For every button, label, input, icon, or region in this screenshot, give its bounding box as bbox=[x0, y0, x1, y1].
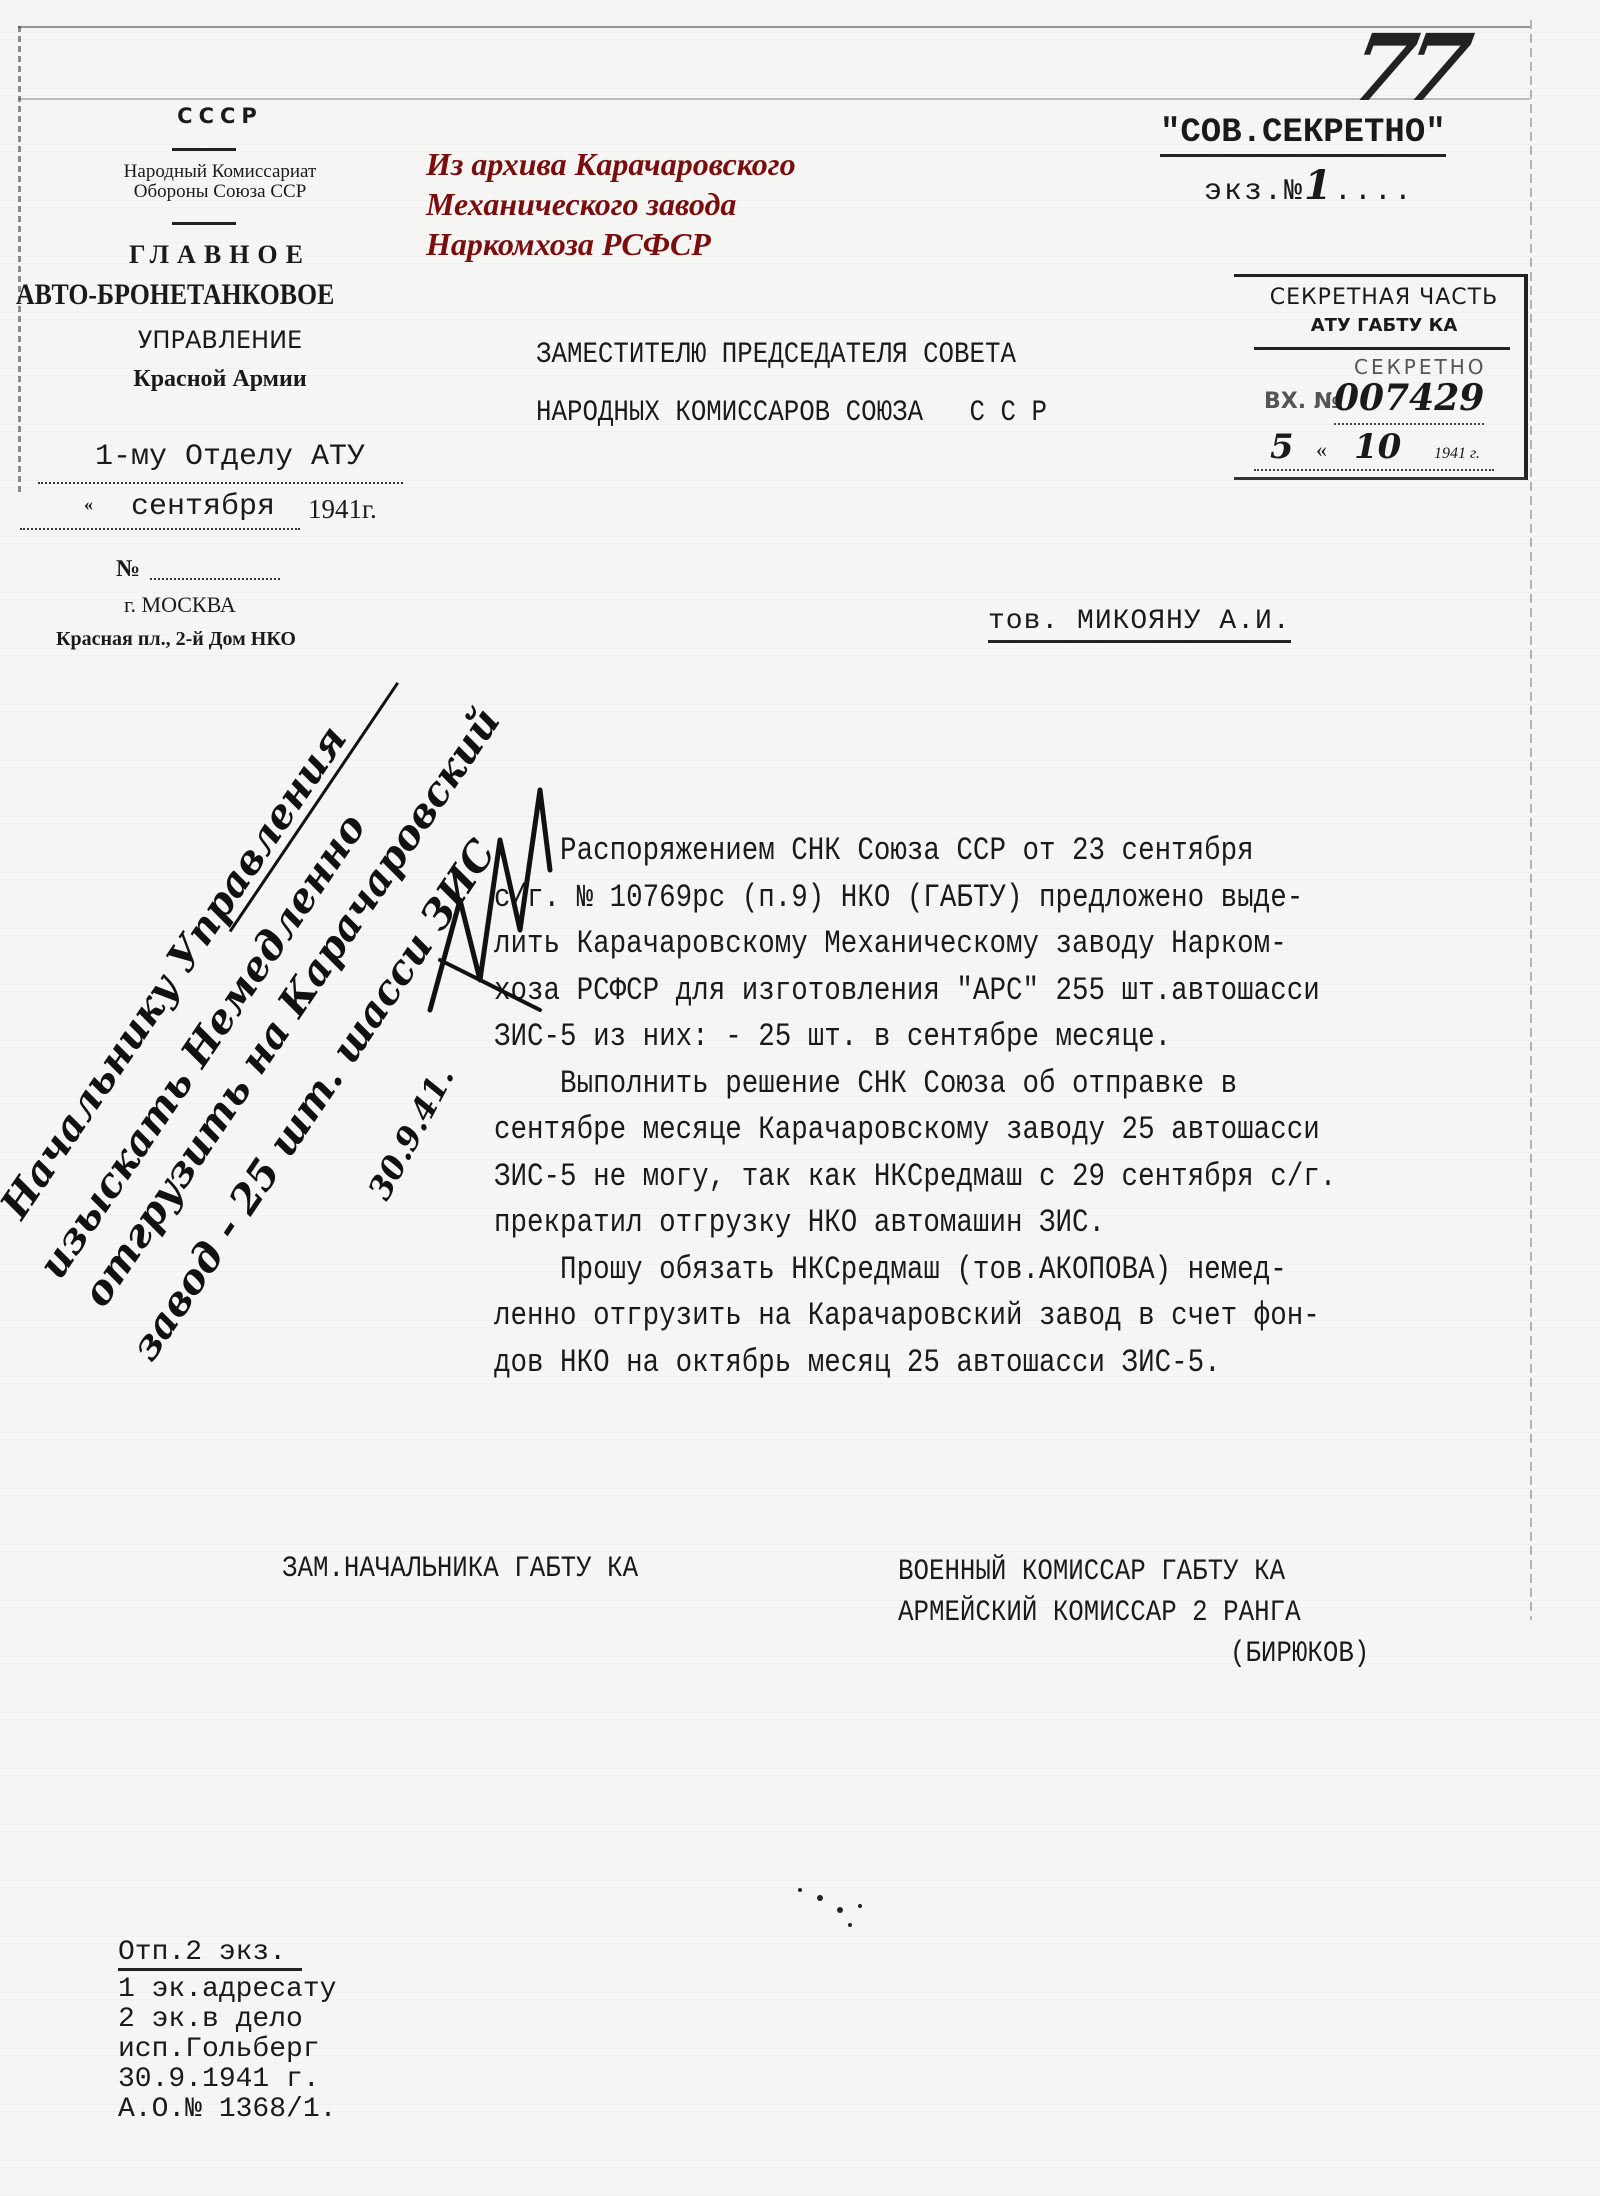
to-department-line bbox=[38, 482, 403, 484]
archive-note-line-3: Наркомхоза РСФСР bbox=[426, 224, 796, 264]
registration-stamp: СЕКРЕТНАЯ ЧАСТЬ АТУ ГАБТУ КА СЕКРЕТНО ВХ… bbox=[1234, 274, 1528, 480]
body-line: Прошу обязать НКСредмаш (тов.АКОПОВА) не… bbox=[494, 1247, 1440, 1294]
distribution-line: 2 эк.в дело bbox=[118, 2005, 336, 2035]
stamp-incoming-number: 007429 bbox=[1334, 377, 1484, 419]
date-quote: « bbox=[84, 494, 93, 515]
stamp-line-1: СЕКРЕТНАЯ ЧАСТЬ bbox=[1254, 285, 1514, 310]
stamp-line-2: АТУ ГАБТУ КА bbox=[1254, 315, 1514, 336]
org-line-2: АВТО-БРОНЕТАНКОВОЕ bbox=[16, 278, 412, 312]
org-line-3: УПРАВЛЕНИЕ bbox=[20, 326, 420, 354]
letter-body: Распоряжением СНК Союза ССР от 23 сентяб… bbox=[494, 828, 1440, 1386]
page-edge-right bbox=[1530, 20, 1532, 1620]
signature-right-line-2: АРМЕЙСКИЙ КОМИССАР 2 РАНГА bbox=[898, 1593, 1500, 1634]
resolution-date: 30.9.41. bbox=[360, 1060, 462, 1206]
letterhead-divider bbox=[172, 222, 236, 225]
distribution-line: 30.9.1941 г. bbox=[118, 2065, 336, 2095]
stamp-number-line bbox=[1334, 423, 1484, 425]
stamp-day: 5 bbox=[1270, 427, 1294, 467]
stamp-quote: « bbox=[1316, 437, 1327, 463]
org-line-1: ГЛАВНОЕ bbox=[20, 240, 420, 270]
archive-note-line-2: Механического завода bbox=[426, 184, 796, 224]
copy-number-value: 1 bbox=[1304, 162, 1334, 209]
addressee: ЗАМЕСТИТЕЛЮ ПРЕДСЕДАТЕЛЯ СОВЕТА НАРОДНЫХ… bbox=[536, 326, 1224, 442]
signatory-name: (БИРЮКОВ) bbox=[898, 1634, 1500, 1675]
copy-suffix: .... bbox=[1334, 175, 1414, 209]
body-line: с/г. № 10769рс (п.9) НКО (ГАБТУ) предлож… bbox=[494, 875, 1440, 922]
body-line: Распоряжением СНК Союза ССР от 23 сентяб… bbox=[494, 828, 1440, 875]
scan-specks bbox=[790, 1870, 890, 1930]
city: г. МОСКВА bbox=[124, 592, 236, 618]
copy-number: экз.№1.... bbox=[1204, 162, 1414, 209]
handwritten-signature-icon bbox=[420, 780, 560, 1020]
date-line bbox=[20, 528, 300, 530]
to-department: 1-му Отделу АТУ bbox=[60, 440, 400, 474]
letterhead-country: СССР bbox=[20, 104, 420, 128]
page-edge-rule bbox=[18, 98, 1530, 100]
stamp-date-line bbox=[1254, 469, 1494, 471]
org-line-4: Красной Армии bbox=[20, 366, 420, 393]
stamp-year: 1941 г. bbox=[1434, 445, 1480, 463]
signature-right-line-1: ВОЕННЫЙ КОМИССАР ГАБТУ КА bbox=[898, 1552, 1500, 1593]
distribution-header: Отп.2 экз. bbox=[118, 1938, 302, 1971]
folio-number: 77 bbox=[1342, 14, 1469, 122]
ministry-line-2: Обороны Союза ССР bbox=[20, 182, 420, 202]
copy-prefix: экз.№ bbox=[1204, 175, 1304, 209]
body-line: ЗИС-5 из них: - 25 шт. в сентябре месяце… bbox=[494, 1014, 1440, 1061]
body-line: ленно отгрузить на Карачаровский завод в… bbox=[494, 1293, 1440, 1340]
letterhead-divider bbox=[172, 148, 236, 151]
body-line: лить Карачаровскому Механическому заводу… bbox=[494, 921, 1440, 968]
stamp-incoming-label: ВХ. № bbox=[1264, 389, 1340, 414]
date-year: 1941г. bbox=[308, 494, 377, 525]
archive-note-line-1: Из архива Карачаровского bbox=[426, 144, 796, 184]
archive-note: Из архива Карачаровского Механического з… bbox=[426, 144, 796, 264]
addressee-line-2: НАРОДНЫХ КОМИССАРОВ СОЮЗА С С Р bbox=[536, 384, 1224, 442]
number-label: № bbox=[116, 556, 140, 583]
stamp-month: 10 bbox=[1354, 427, 1401, 467]
distribution-line: исп.Гольберг bbox=[118, 2035, 336, 2065]
stamp-divider bbox=[1254, 347, 1510, 350]
classification-label: "СОВ.СЕКРЕТНО" bbox=[1160, 114, 1446, 157]
distribution-line: 1 эк.адресату bbox=[118, 1975, 336, 2005]
body-line: ЗИС-5 не могу, так как НКСредмаш с 29 се… bbox=[494, 1154, 1440, 1201]
addressee-person: тов. МИКОЯНУ А.И. bbox=[988, 606, 1291, 643]
distribution-note: Отп.2 экз. 1 эк.адресату 2 эк.в дело исп… bbox=[118, 1938, 336, 2125]
body-line: прекратил отгрузку НКО автомашин ЗИС. bbox=[494, 1200, 1440, 1247]
page-edge-top bbox=[18, 26, 1530, 28]
body-line: сентябре месяце Карачаровскому заводу 25… bbox=[494, 1107, 1440, 1154]
date-month: сентября bbox=[108, 490, 298, 524]
address: Красная пл., 2-й Дом НКО bbox=[56, 628, 296, 651]
ministry-line-1: Народный Комиссариат bbox=[20, 162, 420, 182]
letterhead-ministry: Народный Комиссариат Обороны Союза ССР bbox=[20, 162, 420, 202]
body-line: дов НКО на октябрь месяц 25 автошасси ЗИ… bbox=[494, 1340, 1440, 1387]
distribution-line: А.О.№ 1368/1. bbox=[118, 2095, 336, 2125]
signature-right: ВОЕННЫЙ КОМИССАР ГАБТУ КА АРМЕЙСКИЙ КОМИ… bbox=[898, 1552, 1500, 1675]
body-line: Выполнить решение СНК Союза об отправке … bbox=[494, 1061, 1440, 1108]
addressee-line-1: ЗАМЕСТИТЕЛЮ ПРЕДСЕДАТЕЛЯ СОВЕТА bbox=[536, 326, 1224, 384]
number-line bbox=[150, 578, 280, 580]
signature-left: ЗАМ.НАЧАЛЬНИКА ГАБТУ КА bbox=[282, 1552, 638, 1586]
stamp-line-3: СЕКРЕТНО bbox=[1354, 355, 1487, 379]
body-line: хоза РСФСР для изготовления "АРС" 255 шт… bbox=[494, 968, 1440, 1015]
